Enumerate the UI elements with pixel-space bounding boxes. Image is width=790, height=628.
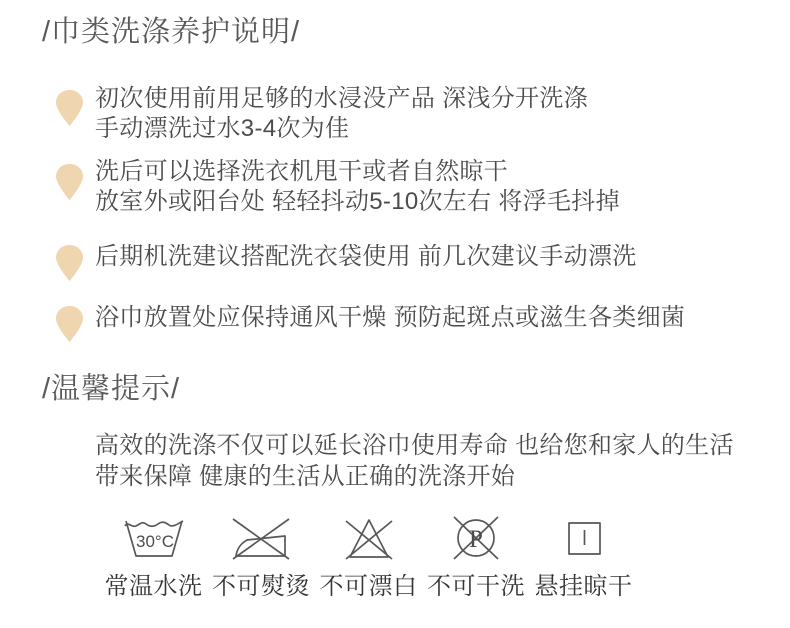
care-item-line: 手动漂洗过水3-4次为佳 bbox=[95, 114, 588, 144]
water-drop-icon bbox=[56, 164, 83, 200]
care-symbol-wash: 30°C 常温水洗 bbox=[100, 514, 207, 601]
care-symbol-label: 常温水洗 bbox=[105, 566, 203, 601]
care-item-line: 后期机洗建议搭配洗衣袋使用 前几次建议手动漂洗 bbox=[95, 242, 637, 272]
hang-dry-icon bbox=[552, 514, 616, 562]
care-symbol-label: 不可漂白 bbox=[320, 566, 418, 601]
no-dry-clean-icon: P bbox=[444, 514, 508, 562]
wash-temp-label: 30°C bbox=[136, 532, 174, 551]
care-item-4: 浴巾放置处应保持通风干燥 预防起斑点或滋生各类细菌 bbox=[95, 303, 685, 333]
care-symbol-no-iron: 不可熨烫 bbox=[208, 514, 315, 601]
care-symbol-label: 不可熨烫 bbox=[212, 566, 310, 601]
care-item-2: 洗后可以选择洗衣机甩干或者自然晾干 放室外或阳台处 轻轻抖动5-10次左右 将浮… bbox=[95, 157, 620, 217]
tips-text: 高效的洗涤不仅可以延长浴巾使用寿命 也给您和家人的生活 带来保障 健康的生活从正… bbox=[95, 430, 734, 492]
care-item-line: 浴巾放置处应保持通风干燥 预防起斑点或滋生各类细菌 bbox=[95, 303, 685, 333]
tips-line: 高效的洗涤不仅可以延长浴巾使用寿命 也给您和家人的生活 bbox=[95, 430, 734, 461]
care-symbol-no-dry-clean: P 不可干洗 bbox=[423, 514, 530, 601]
tips-line: 带来保障 健康的生活从正确的洗涤开始 bbox=[95, 461, 734, 492]
no-iron-icon bbox=[229, 514, 293, 562]
care-symbols-row: 30°C 常温水洗 不可熨烫 不可漂白 bbox=[100, 514, 637, 601]
water-drop-icon bbox=[56, 90, 83, 126]
care-section-title: /巾类洗涤养护说明/ bbox=[42, 17, 300, 49]
care-item-line: 放室外或阳台处 轻轻抖动5-10次左右 将浮毛抖掉 bbox=[95, 187, 620, 217]
water-drop-icon bbox=[56, 245, 83, 281]
no-bleach-icon bbox=[337, 514, 401, 562]
care-symbol-no-bleach: 不可漂白 bbox=[315, 514, 422, 601]
care-item-line: 初次使用前用足够的水浸没产品 深浅分开洗涤 bbox=[95, 84, 588, 114]
care-symbol-label: 悬挂晾干 bbox=[535, 566, 633, 601]
water-drop-icon bbox=[56, 306, 83, 342]
care-item-1: 初次使用前用足够的水浸没产品 深浅分开洗涤 手动漂洗过水3-4次为佳 bbox=[95, 84, 588, 144]
dry-clean-letter: P bbox=[469, 526, 483, 553]
care-item-3: 后期机洗建议搭配洗衣袋使用 前几次建议手动漂洗 bbox=[95, 242, 637, 272]
tips-section-title: /温馨提示/ bbox=[42, 374, 180, 406]
wash-30c-icon: 30°C bbox=[122, 514, 186, 562]
care-item-line: 洗后可以选择洗衣机甩干或者自然晾干 bbox=[95, 157, 620, 187]
care-symbol-label: 不可干洗 bbox=[427, 566, 525, 601]
care-symbol-hang-dry: 悬挂晾干 bbox=[530, 514, 637, 601]
